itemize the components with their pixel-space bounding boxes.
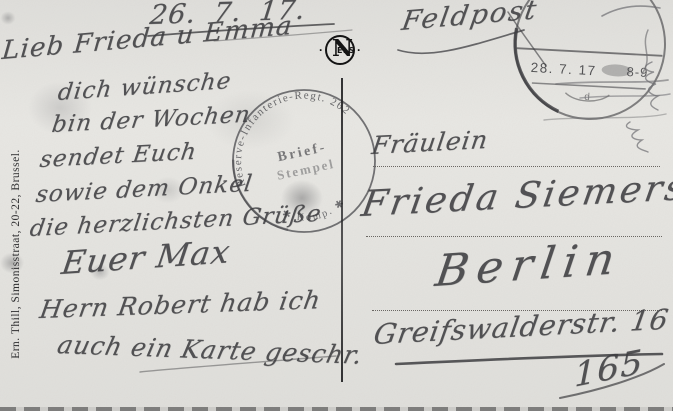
address-city: Berlin <box>432 233 625 297</box>
message-line: sendet Euch <box>38 139 198 173</box>
message-line: auch ein Karte geschr. <box>55 330 366 370</box>
address-divider-line <box>341 78 343 382</box>
address-ruled-line <box>373 166 660 167</box>
scan-bottom-edge <box>0 407 673 411</box>
address-recipient-name: Frieda Siemers <box>359 167 673 225</box>
message-line: sowie dem Onkel <box>34 171 254 208</box>
feldpost-note: Feldpost <box>400 0 541 37</box>
message-line: bin der Wochen <box>50 102 252 138</box>
pencil-scribbles <box>544 6 670 152</box>
address-house-number: 165 <box>574 342 643 395</box>
message-line: Hern Robert hab ich <box>38 285 324 324</box>
logo-dot-right: · <box>357 43 361 57</box>
postmark-time: 8-9 <box>626 64 649 80</box>
unit-stamp-center-top: Brief- <box>276 140 328 165</box>
message-line: dich wünsche <box>56 68 233 106</box>
postcard-scan: dorf 28. 7. 17 8-9 d Reserve-Infanterie-… <box>0 0 673 411</box>
logo-dot-left: · <box>319 43 323 57</box>
nels-publisher-logo-icon: · N ELS · <box>325 35 355 65</box>
message-signature: Euer Max <box>59 232 233 282</box>
postmark-code-letter: d <box>584 92 590 103</box>
postmark-date: 28. 7. 17 <box>530 60 597 78</box>
logo-letters-els: ELS <box>337 46 355 55</box>
publisher-imprint: Ern. Thill, Simonisstraat, 20-22, Brusse… <box>10 104 26 404</box>
message-line: Lieb Frieda u Emma <box>1 11 294 66</box>
unit-stamp-center-bottom: Stempel <box>275 156 336 183</box>
address-salutation: Fräulein <box>370 125 490 160</box>
